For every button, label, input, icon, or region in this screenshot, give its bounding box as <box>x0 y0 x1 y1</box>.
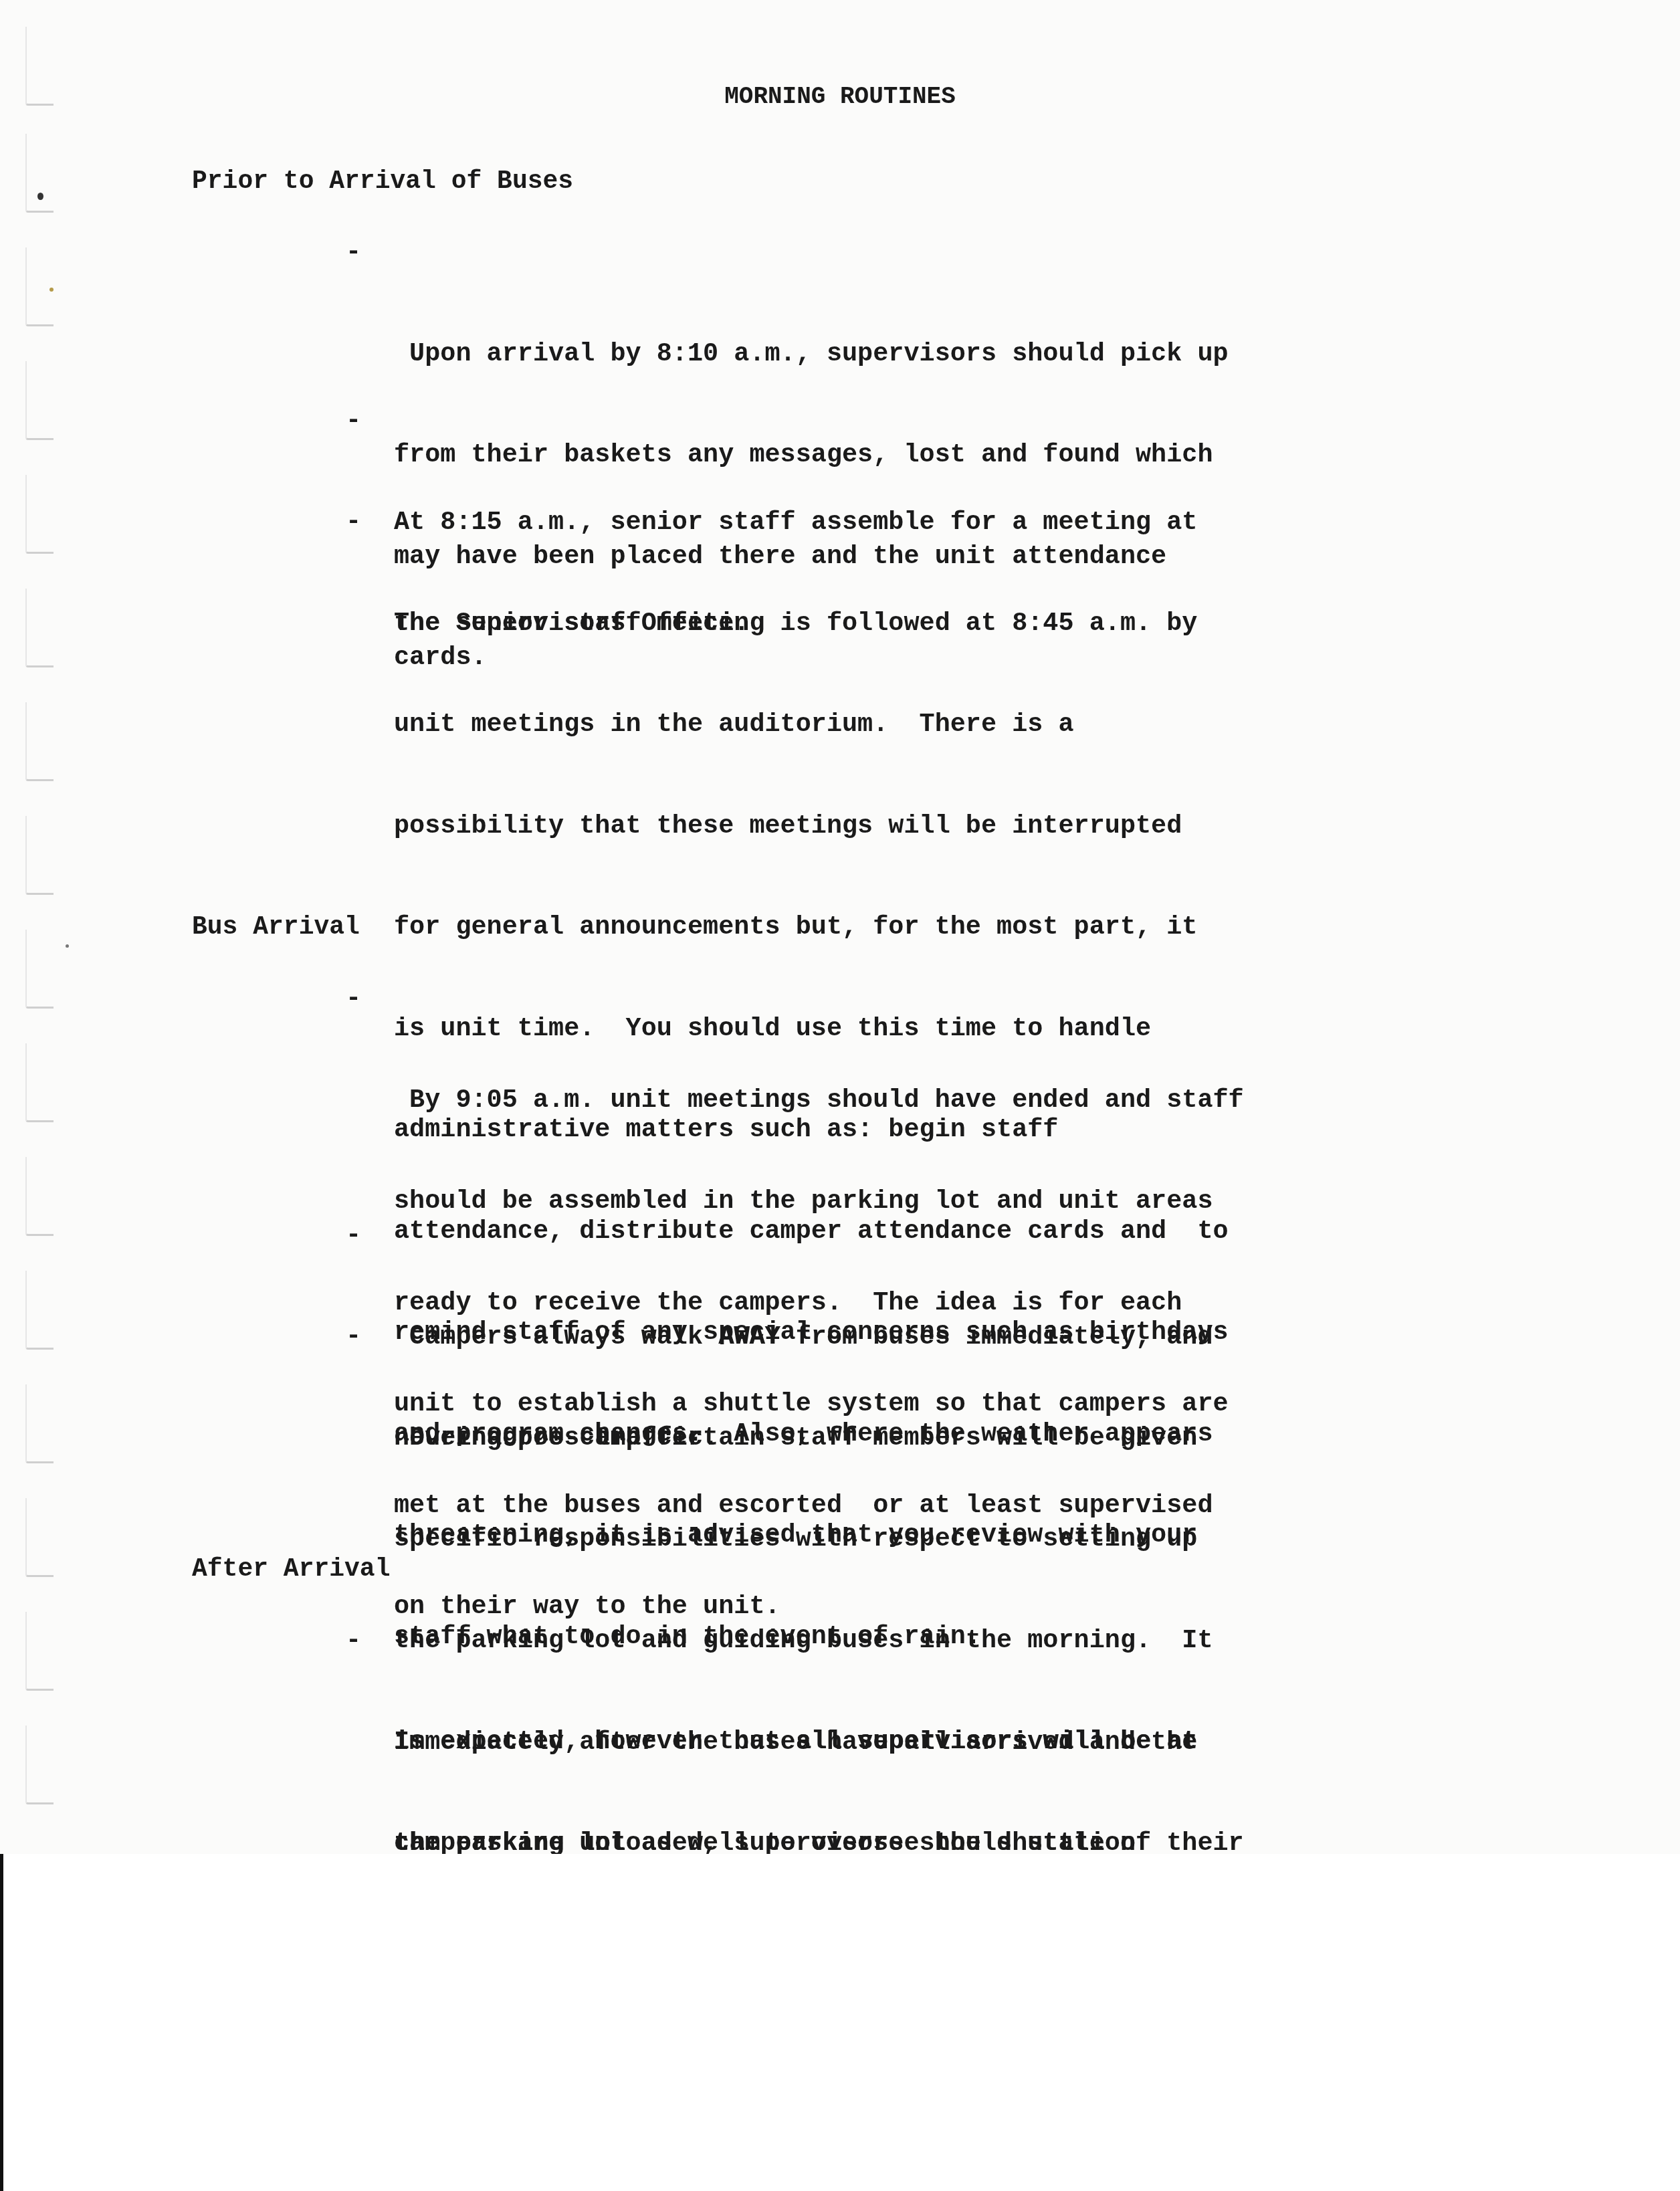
binder-hole-mark <box>25 361 54 440</box>
text-line: possibility that these meetings will be … <box>346 809 1349 843</box>
section-heading: After Arrival <box>192 1555 390 1584</box>
text-line: Immediately after the buses have all arr… <box>346 1726 1349 1760</box>
binder-hole-mark <box>25 816 54 895</box>
binder-hole-mark <box>25 1271 54 1350</box>
scanned-page: MORNING ROUTINES Prior to Arrival of Bus… <box>0 0 1680 1854</box>
scan-speck <box>37 193 43 200</box>
text-line: specific responsibilities with respect t… <box>346 1522 1349 1556</box>
document-title: MORNING ROUTINES <box>0 83 1680 110</box>
binder-hole-mark <box>25 1384 54 1463</box>
scan-speck <box>49 288 54 292</box>
bullet-dash: - <box>346 1320 361 1354</box>
bullet-dash: - <box>346 982 361 1016</box>
binder-hole-mark <box>25 1612 54 1691</box>
binder-hole-mark <box>25 702 54 781</box>
text-line: should be assembled in the parking lot a… <box>346 1184 1349 1219</box>
scan-speck <box>66 944 69 948</box>
bullet-dash: - <box>346 505 361 539</box>
binder-hole-mark <box>25 1157 54 1236</box>
binder-hole-mark <box>25 1043 54 1122</box>
section-heading: Prior to Arrival of Buses <box>192 167 573 196</box>
binder-hole-mark <box>25 475 54 554</box>
binder-hole-mark <box>25 1726 54 1804</box>
text-line: The senior staff meeting is followed at … <box>346 607 1349 641</box>
section-heading: Bus Arrival <box>192 913 360 942</box>
bullet-dash: - <box>346 1624 361 1658</box>
bullet-dash: - <box>346 235 361 270</box>
bullet-dash: - <box>346 404 361 438</box>
text-line: for general announcements but, for the m… <box>346 910 1349 944</box>
text-line: During pre-camp certain staff members wi… <box>346 1421 1349 1455</box>
binder-hole-mark <box>25 589 54 667</box>
binder-hole-mark <box>25 134 54 213</box>
binder-hole-mark <box>25 1498 54 1577</box>
scan-edge-line <box>0 1854 3 2191</box>
bullet-dash: - <box>346 1219 361 1253</box>
blank-scan-area <box>0 1854 1680 2191</box>
binder-hole-mark <box>25 247 54 326</box>
text-line: unit meetings in the auditorium. There i… <box>346 708 1349 742</box>
text-line: By 9:05 a.m. unit meetings should have e… <box>346 1083 1349 1118</box>
binder-hole-mark <box>25 930 54 1009</box>
text-line: Upon arrival by 8:10 a.m., supervisors s… <box>346 337 1349 371</box>
